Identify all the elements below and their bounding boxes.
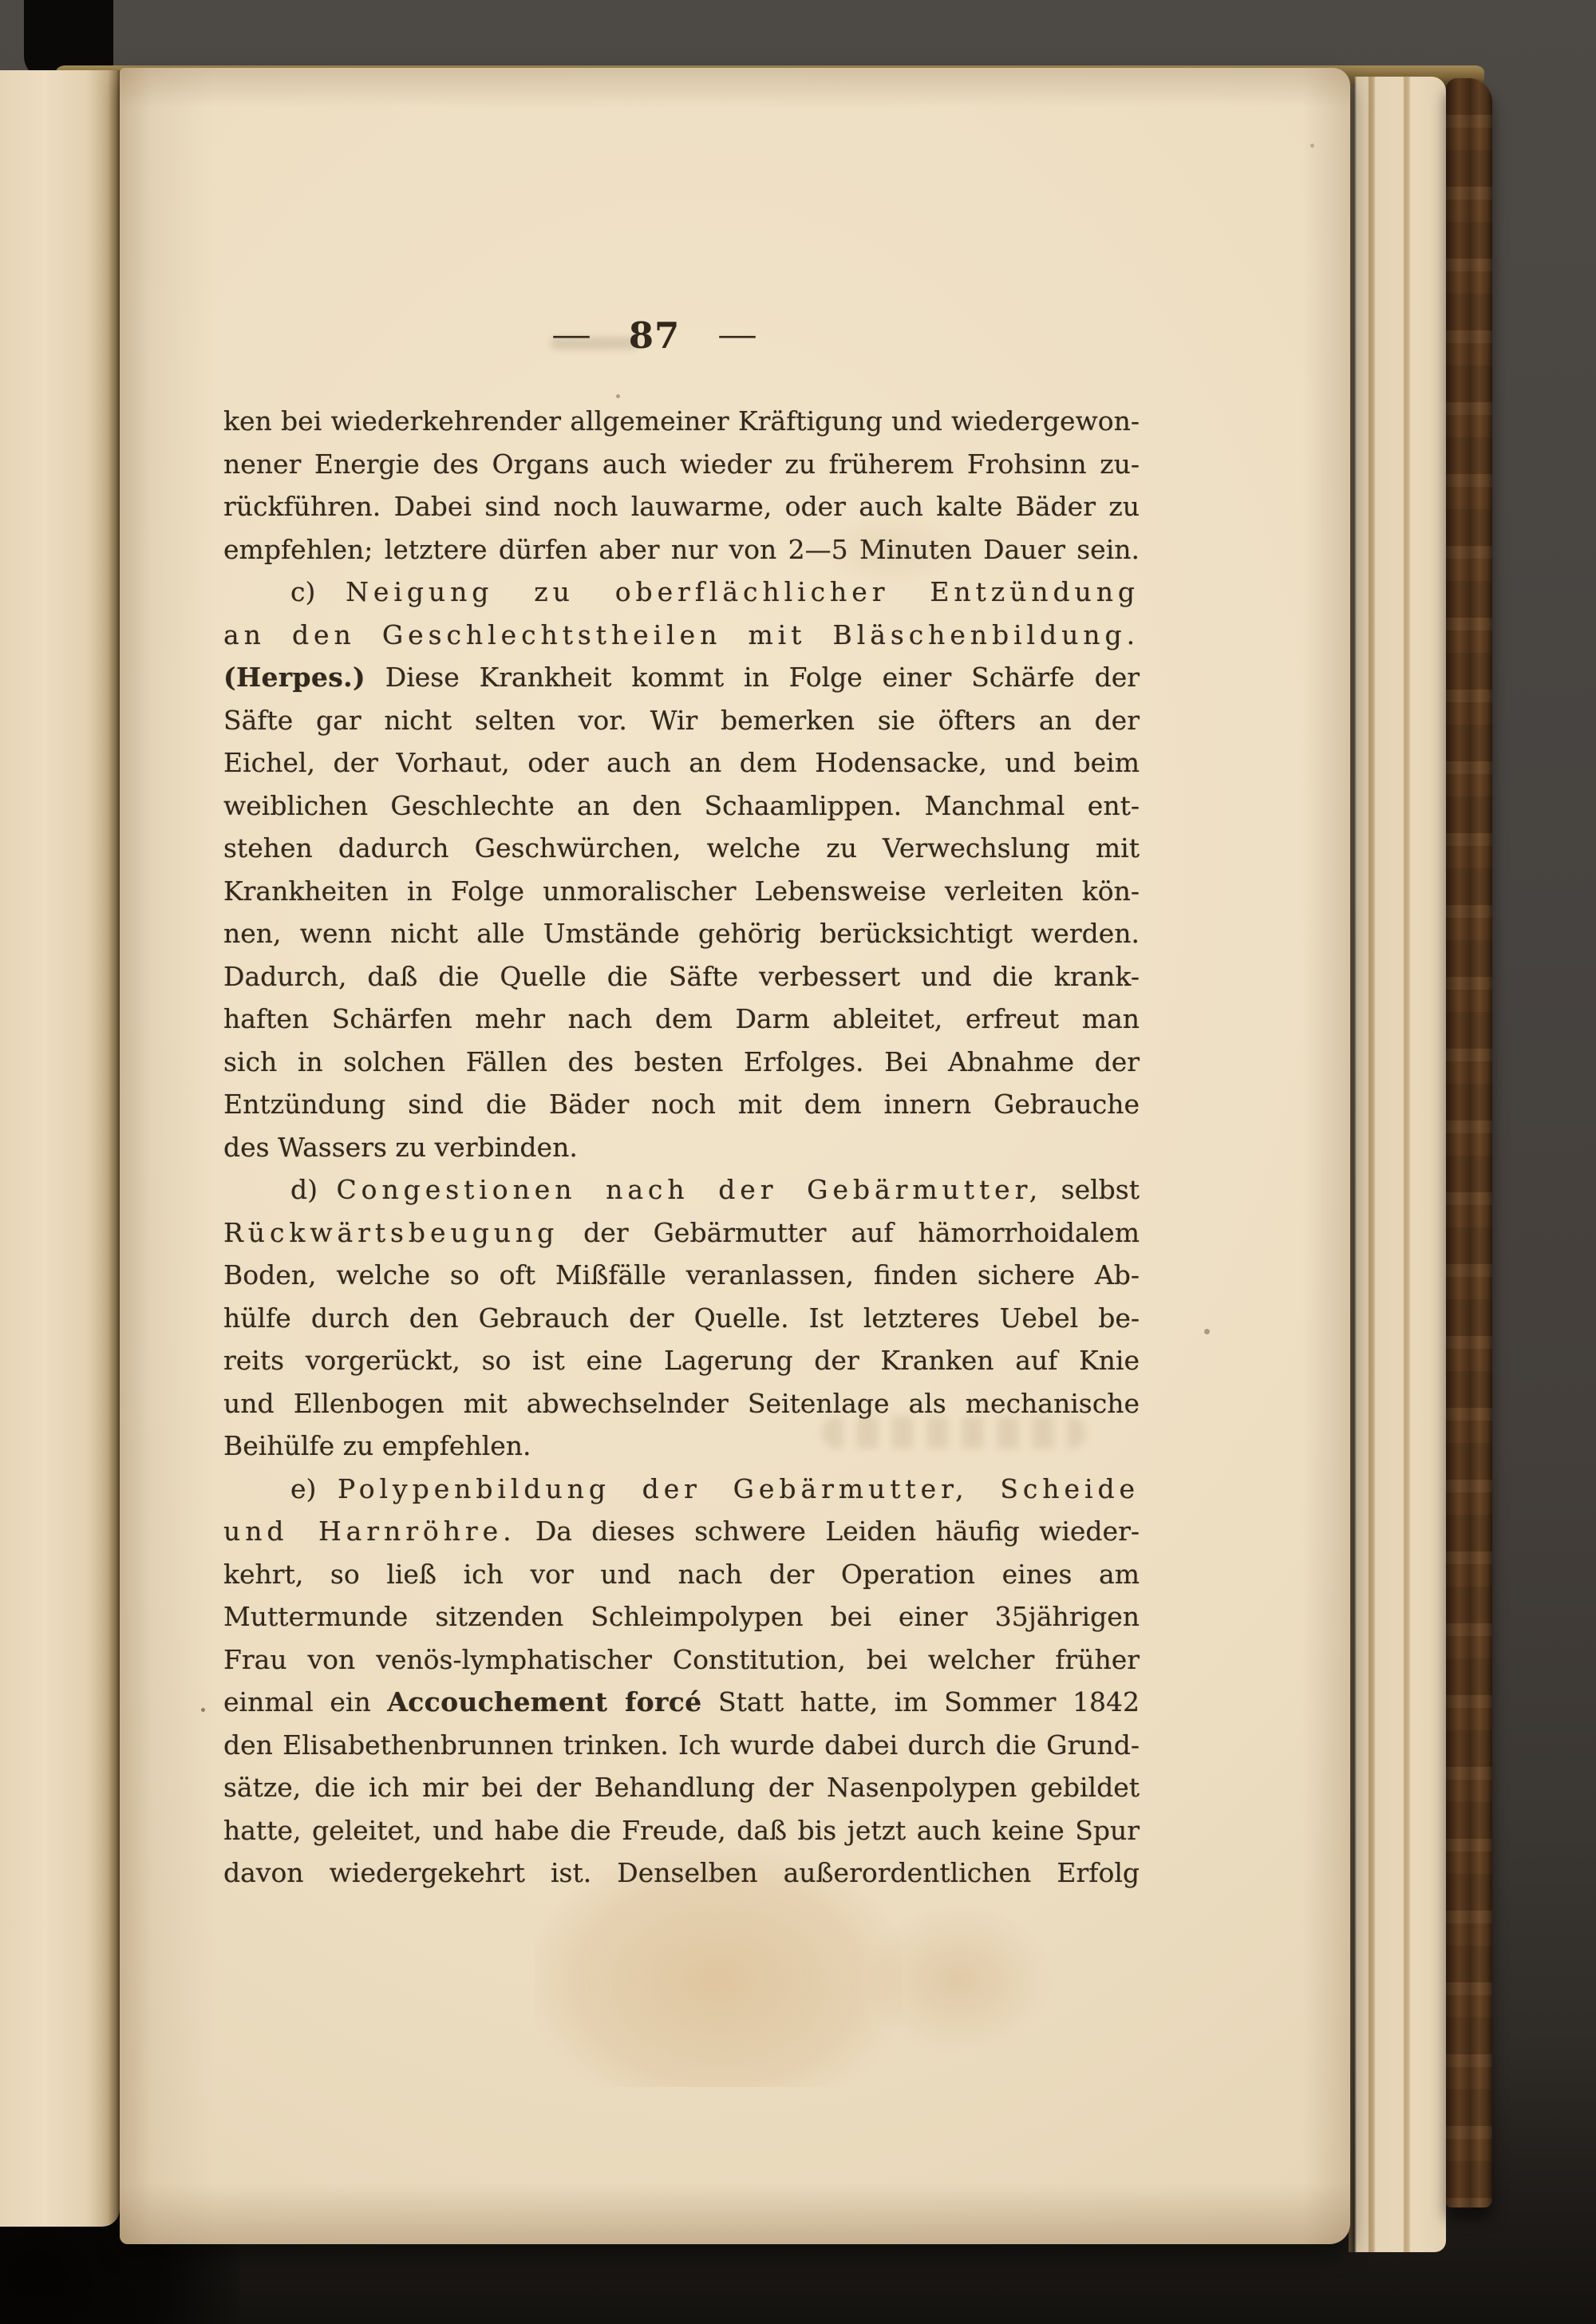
body-text: und Ellenbogen mit abwechselnder Seitenl… bbox=[223, 1388, 1140, 1419]
text-line: empfehlen; letztere dürfen aber nur von … bbox=[223, 528, 1140, 571]
body-text: Entzündung sind die Bäder noch mit dem i… bbox=[223, 1089, 1140, 1120]
text-line: Eichel, der Vorhaut, oder auch an dem Ho… bbox=[223, 741, 1140, 785]
book-scan-scene: — 87 — ken bei wiederkehrender allgemein… bbox=[0, 0, 1596, 2324]
body-text: den Elisabethenbrunnen trinken. Ich wurd… bbox=[223, 1729, 1140, 1761]
text-line: nener Energie des Organs auch wieder zu … bbox=[223, 443, 1140, 486]
body-text: Beihülfe zu empfehlen. bbox=[223, 1430, 531, 1461]
paper-stain bbox=[862, 1903, 1053, 2055]
body-text: des Wassers zu verbinden. bbox=[223, 1132, 578, 1163]
spaced-emphasis-text: Polypenbildung der Gebärmutter, Scheide bbox=[338, 1473, 1140, 1504]
body-text: einmal ein bbox=[223, 1686, 387, 1717]
antiqua-text: (Herpes.) bbox=[223, 662, 365, 693]
page-header: — 87 — bbox=[196, 315, 1112, 355]
body-text: e) bbox=[290, 1473, 338, 1504]
body-text: Säfte gar nicht selten vor. Wir bemerken… bbox=[223, 705, 1140, 736]
text-line: Frau von venös-lymphatischer Constitutio… bbox=[223, 1638, 1140, 1682]
text-line: d) Congestionen nach der Gebärmutter, se… bbox=[223, 1168, 1140, 1211]
body-text: Boden, welche so oft Mißfälle veranlasse… bbox=[223, 1259, 1140, 1290]
spaced-emphasis-text: und Harnröhre. bbox=[223, 1516, 516, 1547]
body-text: Frau von venös-lymphatischer Constitutio… bbox=[223, 1644, 1140, 1675]
spaced-emphasis-text: Neigung zu oberflächlicher Entzündung bbox=[346, 576, 1140, 607]
body-text: hülfe durch den Gebrauch der Quelle. Ist… bbox=[223, 1302, 1140, 1334]
body-text: ken bei wiederkehrender allgemeiner Kräf… bbox=[223, 405, 1140, 437]
text-line: und Ellenbogen mit abwechselnder Seitenl… bbox=[223, 1382, 1140, 1425]
body-text: d) bbox=[290, 1174, 336, 1205]
body-text: stehen dadurch Geschwürchen, welche zu V… bbox=[223, 832, 1140, 864]
body-text: Diese Krankheit kommt in Folge einer Sch… bbox=[365, 662, 1140, 693]
text-line: ken bei wiederkehrender allgemeiner Kräf… bbox=[223, 400, 1140, 443]
text-line: Säfte gar nicht selten vor. Wir bemerken… bbox=[223, 699, 1140, 742]
text-line: Entzündung sind die Bäder noch mit dem i… bbox=[223, 1083, 1140, 1126]
book-cover-edge bbox=[1446, 78, 1492, 2207]
body-text: kehrt, so ließ ich vor und nach der Oper… bbox=[223, 1559, 1140, 1590]
text-line: Krankheiten in Folge unmoralischer Leben… bbox=[223, 870, 1140, 913]
body-text: selbst bbox=[1042, 1174, 1140, 1205]
header-dash-left: — bbox=[551, 317, 591, 354]
text-line: hülfe durch den Gebrauch der Quelle. Ist… bbox=[223, 1297, 1140, 1340]
spaced-emphasis-text: Congestionen nach der Gebärmutter, bbox=[336, 1174, 1042, 1205]
text-line: e) Polypenbildung der Gebärmutter, Schei… bbox=[223, 1468, 1140, 1511]
text-line: haften Schärfen mehr nach dem Darm ablei… bbox=[223, 998, 1140, 1041]
text-line: (Herpes.) Diese Krankheit kommt in Folge… bbox=[223, 656, 1140, 699]
body-text: Dadurch, daß die Quelle die Säfte verbes… bbox=[223, 961, 1140, 992]
text-line: davon wiedergekehrt ist. Denselben außer… bbox=[223, 1852, 1140, 1895]
spaced-emphasis-text: an den Geschlechtstheilen mit Bläschenbi… bbox=[223, 619, 1140, 650]
body-text: c) bbox=[290, 576, 346, 607]
text-line: reits vorgerückt, so ist eine Lagerung d… bbox=[223, 1339, 1140, 1382]
body-text: Da dieses schwere Leiden häufig wieder- bbox=[516, 1516, 1140, 1547]
body-text: Eichel, der Vorhaut, oder auch an dem Ho… bbox=[223, 747, 1140, 778]
body-text: haften Schärfen mehr nach dem Darm ablei… bbox=[223, 1003, 1140, 1034]
text-line: sätze, die ich mir bei der Behandlung de… bbox=[223, 1766, 1140, 1809]
text-line: hatte, geleitet, und habe die Freude, da… bbox=[223, 1809, 1140, 1852]
text-line: Beihülfe zu empfehlen. bbox=[223, 1425, 1140, 1468]
body-text: weiblichen Geschlechte an den Schaamlipp… bbox=[223, 790, 1140, 821]
text-line: nen, wenn nicht alle Umstände gehörig be… bbox=[223, 912, 1140, 955]
text-line: des Wassers zu verbinden. bbox=[223, 1126, 1140, 1169]
left-facing-page-edge bbox=[0, 70, 120, 2227]
text-line: sich in solchen Fällen des besten Erfolg… bbox=[223, 1041, 1140, 1084]
text-line: stehen dadurch Geschwürchen, welche zu V… bbox=[223, 827, 1140, 870]
right-page-edge-stack bbox=[1349, 77, 1446, 2252]
body-text: nen, wenn nicht alle Umstände gehörig be… bbox=[223, 918, 1140, 949]
body-text: sätze, die ich mir bei der Behandlung de… bbox=[223, 1772, 1140, 1803]
body-text: davon wiedergekehrt ist. Denselben außer… bbox=[223, 1857, 1140, 1888]
text-line: Dadurch, daß die Quelle die Säfte verbes… bbox=[223, 955, 1140, 998]
text-line: kehrt, so ließ ich vor und nach der Oper… bbox=[223, 1553, 1140, 1596]
body-text: nener Energie des Organs auch wieder zu … bbox=[223, 449, 1140, 480]
body-text: Muttermunde sitzenden Schleimpolypen bei… bbox=[223, 1601, 1140, 1632]
body-text: der Gebärmutter auf hämorrhoidalem bbox=[559, 1217, 1140, 1248]
header-dash-right: — bbox=[717, 317, 757, 354]
text-line: und Harnröhre. Da dieses schwere Leiden … bbox=[223, 1510, 1140, 1553]
page-number: 87 bbox=[629, 314, 681, 357]
text-line: weiblichen Geschlechte an den Schaamlipp… bbox=[223, 785, 1140, 828]
body-text: reits vorgerückt, so ist eine Lagerung d… bbox=[223, 1345, 1140, 1376]
text-line: rückführen. Dabei sind noch lauwarme, od… bbox=[223, 485, 1140, 528]
spaced-emphasis-text: Rückwärtsbeugung bbox=[223, 1217, 559, 1248]
body-text: Krankheiten in Folge unmoralischer Leben… bbox=[223, 875, 1140, 907]
page-text: ken bei wiederkehrender allgemeiner Kräf… bbox=[223, 400, 1140, 1895]
body-text: Statt hatte, im Sommer 1842 bbox=[702, 1686, 1140, 1717]
text-line: Rückwärtsbeugung der Gebärmutter auf häm… bbox=[223, 1211, 1140, 1255]
body-text: sich in solchen Fällen des besten Erfolg… bbox=[223, 1046, 1140, 1077]
text-line: an den Geschlechtstheilen mit Bläschenbi… bbox=[223, 614, 1140, 657]
ink-specks bbox=[201, 1708, 205, 1712]
body-text: rückführen. Dabei sind noch lauwarme, od… bbox=[223, 491, 1140, 522]
antiqua-text: Accouchement forcé bbox=[387, 1686, 701, 1717]
text-line: Boden, welche so oft Mißfälle veranlasse… bbox=[223, 1254, 1140, 1297]
text-line: einmal ein Accouchement forcé Statt hatt… bbox=[223, 1681, 1140, 1724]
body-text: empfehlen; letztere dürfen aber nur von … bbox=[223, 534, 1140, 565]
text-line: den Elisabethenbrunnen trinken. Ich wurd… bbox=[223, 1724, 1140, 1767]
text-line: Muttermunde sitzenden Schleimpolypen bei… bbox=[223, 1595, 1140, 1638]
text-block: — 87 — ken bei wiederkehrender allgemein… bbox=[223, 315, 1140, 1895]
book-page: — 87 — ken bei wiederkehrender allgemein… bbox=[120, 68, 1350, 2244]
body-text: hatte, geleitet, und habe die Freude, da… bbox=[223, 1815, 1140, 1846]
text-line: c) Neigung zu oberflächlicher Entzündung bbox=[223, 571, 1140, 614]
